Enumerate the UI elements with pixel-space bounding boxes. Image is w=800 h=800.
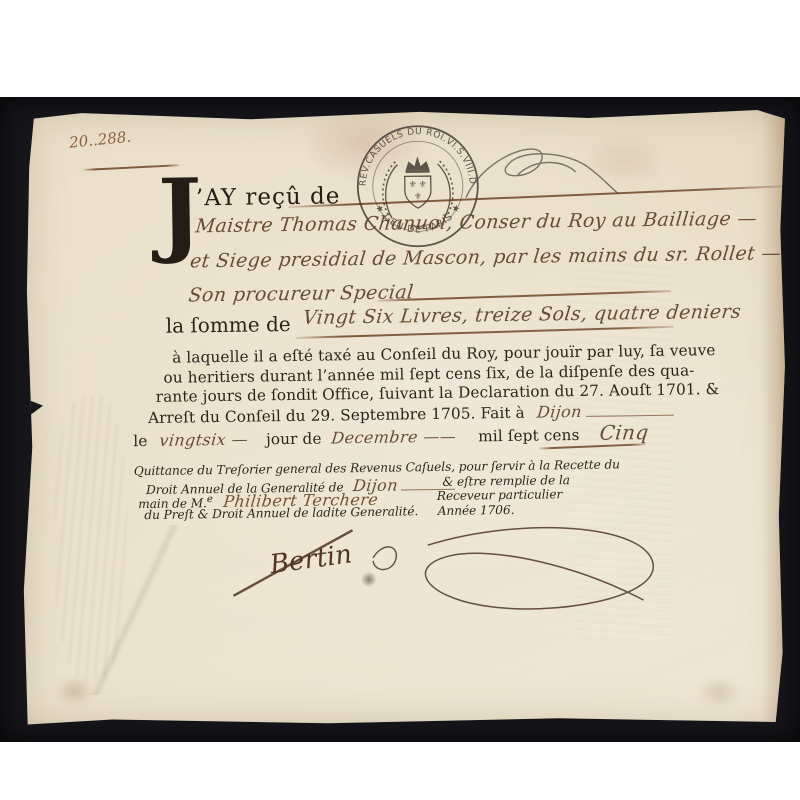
receveur-particulier-text: Receveur particulier (437, 487, 562, 503)
handwritten-month: Decembre —— (331, 427, 458, 448)
handwritten-place: Dijon (536, 401, 583, 421)
top-paraph-flourish (457, 133, 628, 215)
handwritten-payer-line: Maistre Thomas Chanuol, Conser du Roy au… (195, 207, 759, 237)
main-de-sup: e (207, 494, 213, 505)
handwritten-sum: Vingt Six Livres, treize Sols, quatre de… (302, 301, 743, 329)
le-text: le (133, 432, 147, 450)
procureur-rule (377, 290, 671, 301)
sum-label: la ſomme de (166, 312, 291, 338)
stamp-fleur-right-icon: ⚜ (419, 180, 427, 190)
document-photo: 20..288. J ’AY reçû de (0, 97, 800, 742)
document-paper: 20..288. J ’AY reçû de (20, 105, 788, 727)
handwritten-procureur-line: Son procureur Special (187, 281, 414, 306)
handwritten-day: vingtsix — (159, 430, 250, 450)
archival-number: 20..288. (68, 128, 132, 152)
jour-de-text: jour de (266, 430, 322, 449)
handwritten-year: Cinq (599, 420, 651, 445)
signature-name: Bertin (267, 539, 354, 580)
stamp-fleur-left-icon: ⚜ (409, 180, 417, 190)
signature-flourish: Bertin (222, 510, 684, 636)
mil-sept-cens-text: mil ſept cens (478, 426, 580, 445)
estre-remplie-text: & eſtre remplie de la (442, 473, 570, 489)
stamp-fleur-bottom-icon: ⚜ (414, 192, 422, 202)
fait-a-blank-rule (586, 413, 674, 416)
page-background: 20..288. J ’AY reçû de (0, 0, 800, 800)
opening-text: ’AY reçû de (196, 183, 341, 211)
handwritten-siege-line: et Siege presidial de Mascon, par les ma… (189, 242, 782, 272)
ink-blot (361, 571, 376, 588)
